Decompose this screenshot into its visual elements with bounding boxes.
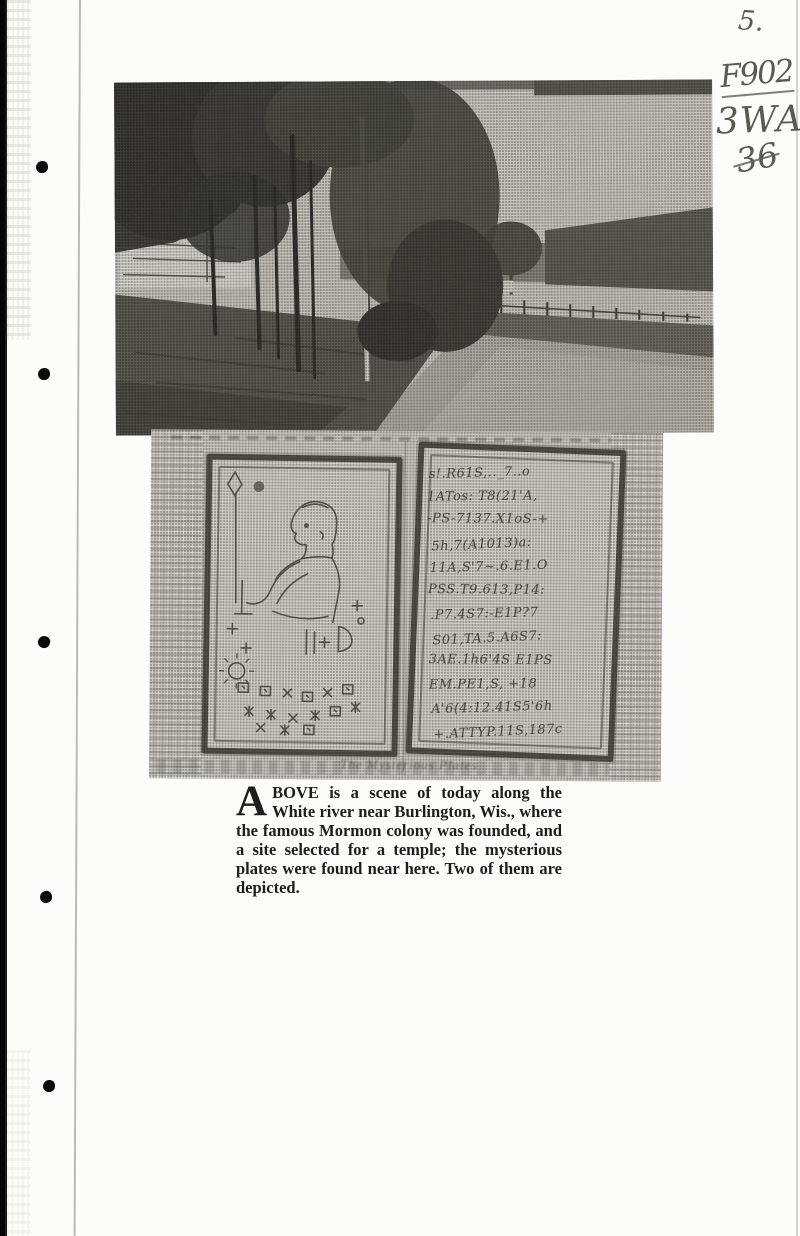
left-plate-engraving — [201, 454, 402, 757]
plates-caption: The Mysterious Plates — [299, 756, 519, 774]
glyph-text-block: s!.R61S,.._7..o 1ATos: T8(21'A, -PS-7137… — [427, 465, 606, 739]
scan-edge-noise-bottom — [7, 1050, 31, 1236]
page-fold-line — [74, 0, 81, 1236]
page-right-edge — [796, 0, 798, 1236]
glyph-row: A'6(4:12.41S5'6h — [431, 699, 607, 717]
scan-edge-strip — [0, 0, 7, 1236]
glyph-row: EM.PE1,S, +18 — [429, 677, 605, 692]
binder-hole-dot — [43, 1080, 55, 1092]
handwritten-archive-code-3: 36 — [733, 135, 781, 181]
photo-caption: ABOVE is a scene of today along the Whit… — [236, 783, 562, 897]
handwritten-page-number: 5. — [737, 5, 765, 38]
handwritten-archive-code-1: F902 — [718, 53, 794, 98]
binder-hole-dot — [36, 634, 51, 649]
glyph-row: S01,TA.5.A6S7: — [432, 626, 608, 647]
plates-clipping: s!.R61S,.._7..o 1ATos: T8(21'A, -PS-7137… — [149, 429, 663, 782]
right-plate-engraving: s!.R61S,.._7..o 1ATos: T8(21'A, -PS-7137… — [406, 442, 627, 762]
glyph-row: s!.R61S,.._7..o — [429, 463, 605, 481]
ghost-newsprint-headline — [171, 435, 611, 442]
ghost-newsprint-column-left — [149, 429, 203, 778]
glyph-row: PSS.T9.613,P14: — [428, 583, 604, 597]
glyph-row: 11A,S'7~.6.E1.O — [430, 557, 606, 575]
caption-drop-cap: A — [236, 783, 272, 819]
binder-hole-dot — [38, 368, 50, 380]
scan-edge-noise — [7, 0, 31, 340]
scanned-page: { "annotations": { "page_number": "5.", … — [0, 0, 800, 1236]
glyph-row: .P7.4S7:-E1P?7 — [430, 604, 606, 622]
glyph-row: -PS-7137.X1oS-+ — [427, 512, 603, 526]
figure-engraving-drawing — [208, 460, 385, 739]
landscape-illustration — [114, 79, 714, 435]
glyph-row: 5h,7(A1013)a: — [431, 532, 607, 553]
binder-hole-dot — [39, 890, 54, 905]
glyph-row: 1ATos: T8(21'A, — [427, 488, 603, 503]
caption-text: BOVE is a scene of today along the White… — [236, 783, 562, 897]
binder-hole-dot — [36, 161, 48, 173]
handwritten-archive-code-2: 3WA — [715, 98, 800, 142]
river-scene-photo — [114, 79, 714, 435]
newsprint-column-rule — [403, 441, 406, 771]
glyph-row: 3AE.1h6'4S E1PS — [429, 653, 605, 667]
